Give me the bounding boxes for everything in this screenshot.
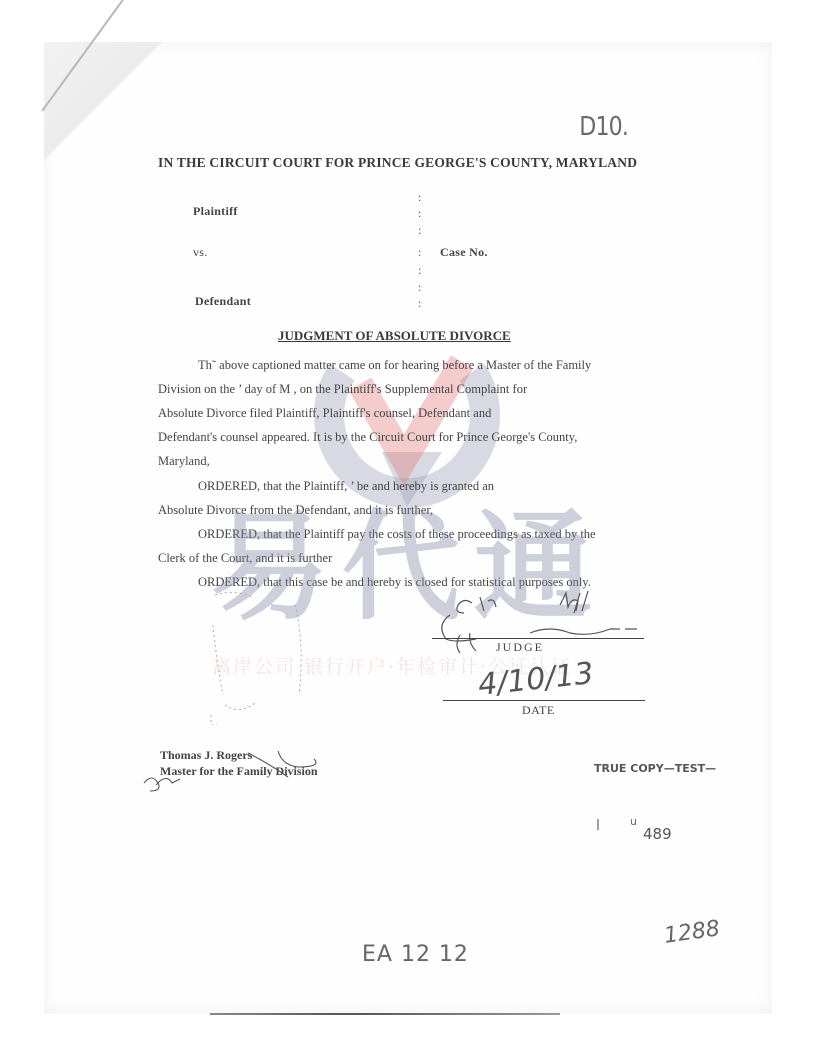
faint-stamp [205, 585, 325, 725]
margin-note: D10. [579, 112, 628, 142]
caption-separator: : [418, 190, 421, 205]
body-line: Absolute Divorce from the Defendant, and… [158, 503, 433, 518]
bottom-note-left: EA 12 12 [362, 942, 469, 967]
stamp-mark: l [596, 818, 600, 834]
plaintiff-label: Plaintiff [193, 204, 238, 219]
date-signature-line [443, 700, 645, 701]
court-title: IN THE CIRCUIT COURT FOR PRINCE GEORGE'S… [158, 155, 637, 171]
versus-label: vs. [193, 245, 208, 260]
defendant-label: Defendant [195, 294, 251, 309]
stamp-mark: u [630, 815, 637, 828]
master-signature [138, 745, 328, 795]
caption-separator: : [418, 245, 421, 260]
order-line: ORDERED, that the Plaintiff, ’ be and he… [198, 479, 494, 494]
caption-separator: : [418, 223, 421, 238]
body-line: Clerk of the Court, and it is further [158, 551, 332, 566]
judge-label: JUDGE [496, 640, 544, 655]
body-line: Division on the ’ day of M , on the Plai… [158, 382, 527, 397]
order-line: ORDERED, that the Plaintiff pay the cost… [198, 527, 596, 542]
case-number-label: Case No. [440, 245, 488, 260]
judge-signature-line [432, 638, 644, 639]
caption-separator: : [418, 206, 421, 221]
body-line: Th˜ above captioned matter came on for h… [198, 358, 591, 373]
body-line: Maryland, [158, 454, 210, 469]
body-line: Absolute Divorce filed Plaintiff, Plaint… [158, 406, 491, 421]
date-label: DATE [522, 703, 555, 718]
caption-separator: : [418, 263, 421, 278]
true-copy-stamp: TRUE COPY—TEST— [594, 762, 716, 775]
page-bottom-edge [210, 1013, 560, 1015]
caption-separator: : [418, 296, 421, 311]
body-line: Defendant's counsel appeared. It is by t… [158, 430, 577, 445]
judgment-title: JUDGMENT OF ABSOLUTE DIVORCE [278, 328, 511, 344]
stamp-handwritten-number: 489 [643, 825, 672, 843]
caption-separator: : [418, 280, 421, 295]
